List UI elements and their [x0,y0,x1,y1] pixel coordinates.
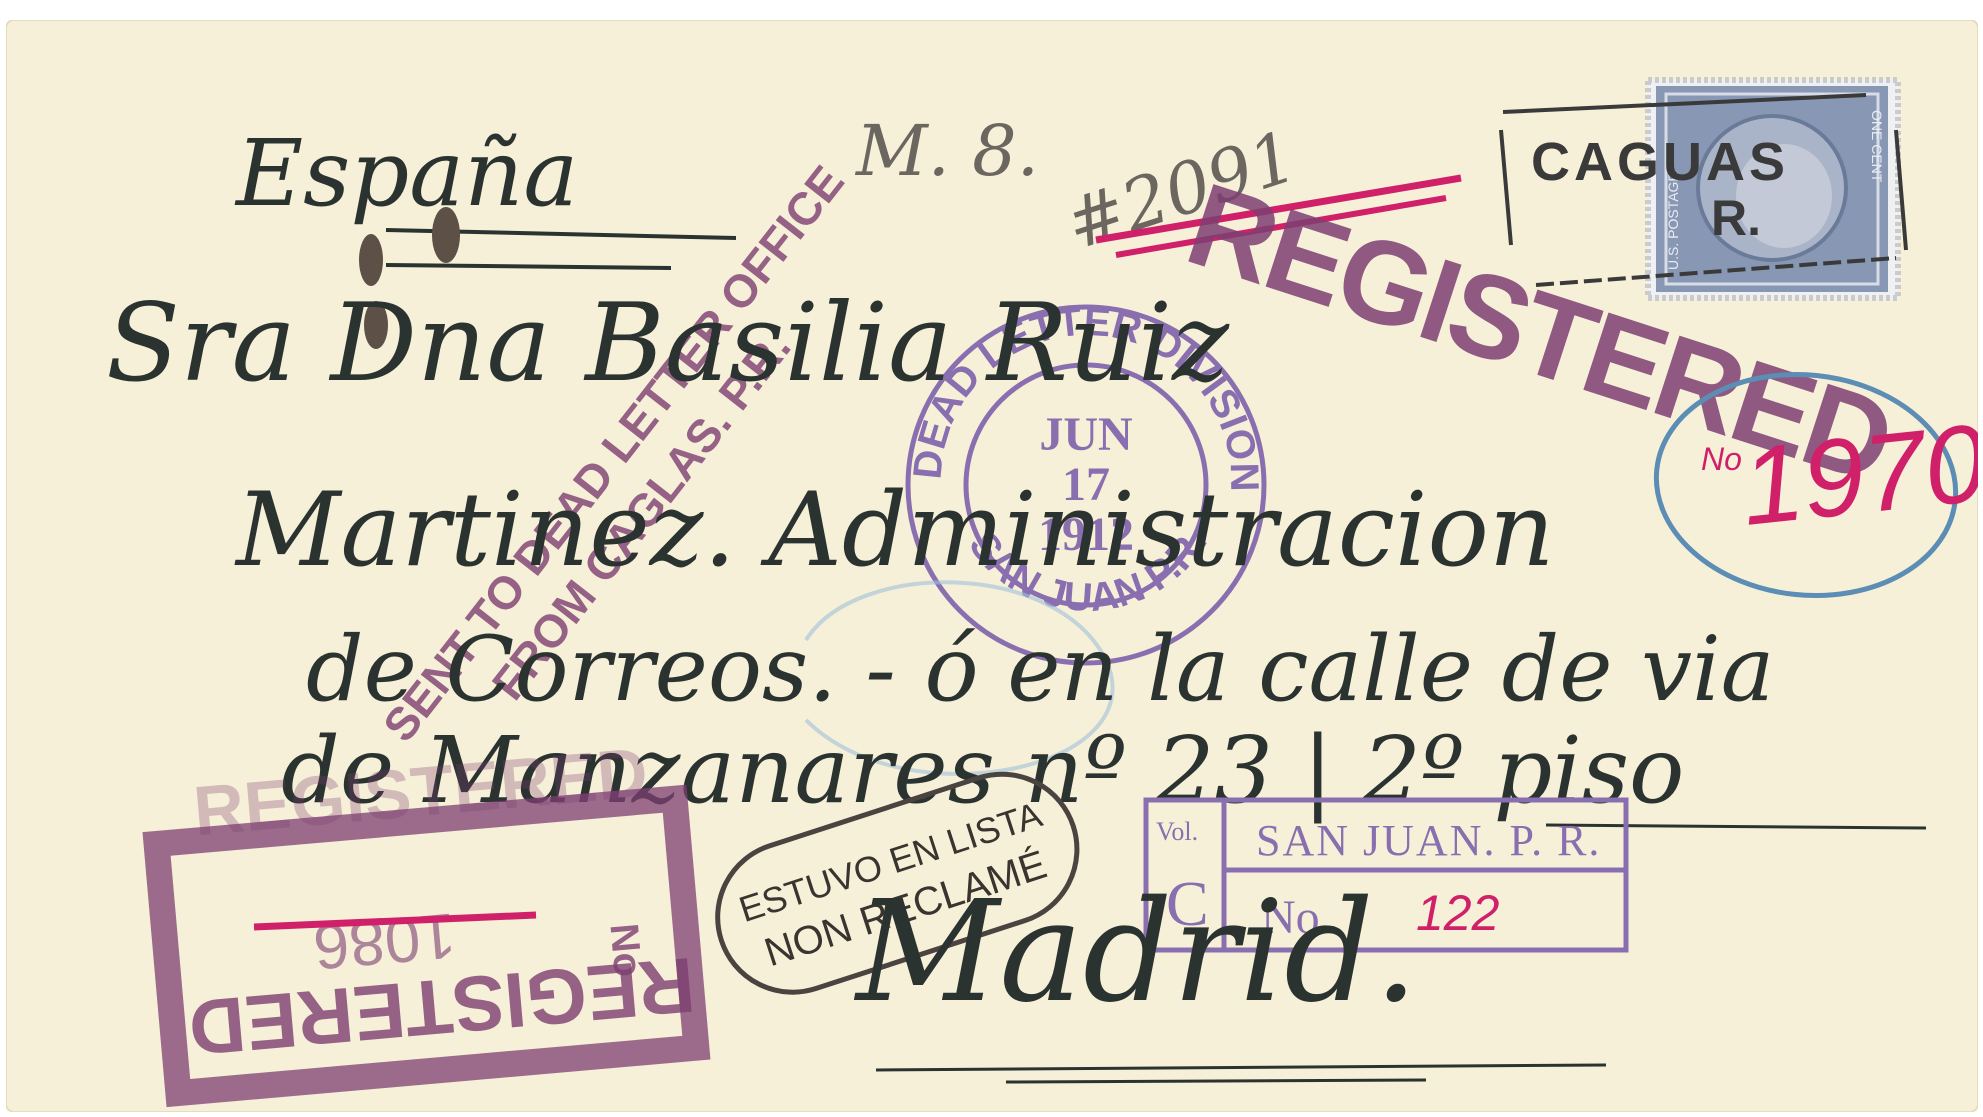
envelope-scan: U.S. POSTAGE ONE CENT CAGUAS R. M. 8. #2… [6,20,1978,1112]
address-line-3: de Correos. - ó en la calle de via [306,617,1774,722]
svg-text:Vol.: Vol. [1156,817,1198,846]
svg-text:No: No [601,922,649,979]
address-line-1: Sra Dna Basilia Ruiz [106,281,1230,406]
address-line-2: Martinez. Administracion [234,471,1555,590]
postmark-month: JUN [1039,408,1133,461]
reference-note: M. 8. [854,110,1039,192]
registry-number: 1970 [1736,401,1978,549]
svg-text:1086: 1086 [311,899,459,983]
svg-text:No: No [1701,441,1742,477]
registry-box-number: 122 [1416,885,1500,941]
postmark-town: CAGUAS [1531,132,1789,192]
postmark-region: R. [1711,190,1761,246]
destination-country: España [234,120,578,227]
stamp-right-label: ONE CENT [1869,110,1885,183]
destination-city: Madrid. [853,871,1418,1034]
svg-text:SAN JUAN. P. R.: SAN JUAN. P. R. [1256,816,1601,865]
